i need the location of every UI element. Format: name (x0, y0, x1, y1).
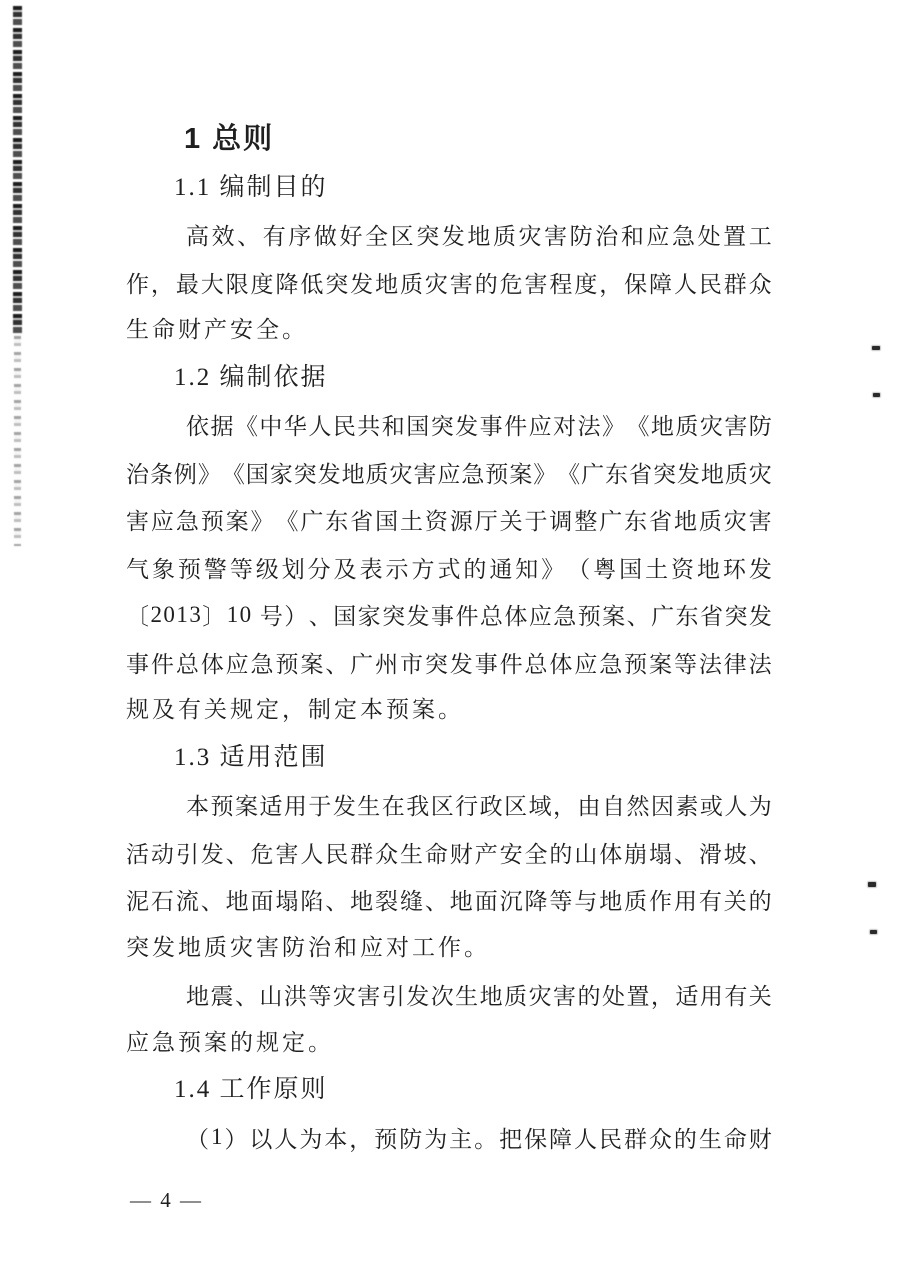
body-text-line: 泥石流、地面塌陷、地裂缝、地面沉降等与地质作用有关的 (126, 876, 772, 924)
body-text-line: 作，最大限度降低突发地质灾害的危害程度，保障人民群众 (126, 259, 772, 307)
body-text-line: 高效、有序做好全区突发地质灾害防治和应急处置工 (126, 211, 772, 259)
subsection-heading: 1.3 适用范围 (126, 734, 772, 782)
body-text-line: 突发地质灾害防治和应对工作。 (126, 924, 772, 972)
body-text-line: （1）以人为本，预防为主。把保障人民群众的生命财 (126, 1114, 772, 1162)
scan-speck (872, 346, 880, 350)
document-body: 1 总则1.1 编制目的高效、有序做好全区突发地质灾害防治和应急处置工作，最大限… (126, 116, 772, 1161)
page-footer: — 4 — (130, 1188, 203, 1213)
scan-speck (870, 930, 877, 934)
body-text-line: 生命财产安全。 (126, 306, 772, 354)
subsection-heading: 1.1 编制目的 (126, 164, 772, 212)
subsection-heading: 1.4 工作原则 (126, 1066, 772, 1114)
body-text-line: 依据《中华人民共和国突发事件应对法》《地质灾害防 (126, 401, 772, 449)
body-text-line: 应急预案的规定。 (126, 1019, 772, 1067)
body-text-line: 活动引发、危害人民群众生命财产安全的山体崩塌、滑坡、 (126, 829, 772, 877)
scan-speck (868, 882, 876, 887)
document-page: 1 总则1.1 编制目的高效、有序做好全区突发地质灾害防治和应急处置工作，最大限… (0, 0, 900, 1274)
body-text-line: 治条例》《国家突发地质灾害应急预案》《广东省突发地质灾 (126, 449, 772, 497)
body-text-line: 地震、山洪等灾害引发次生地质灾害的处置，适用有关 (126, 971, 772, 1019)
subsection-heading: 1.2 编制依据 (126, 354, 772, 402)
scan-speck (873, 393, 880, 397)
body-text-line: 事件总体应急预案、广州市突发事件总体应急预案等法律法 (126, 639, 772, 687)
body-text-line: 本预案适用于发生在我区行政区域，由自然因素或人为 (126, 781, 772, 829)
section-heading: 1 总则 (126, 116, 772, 164)
body-text-line: 害应急预案》《广东省国土资源厅关于调整广东省地质灾害 (126, 496, 772, 544)
page-number: — 4 — (130, 1188, 203, 1212)
body-text-line: 规及有关规定，制定本预案。 (126, 686, 772, 734)
body-text-line: 〔2013〕10 号）、国家突发事件总体应急预案、广东省突发 (126, 591, 772, 639)
scan-edge-artifact-bottom (14, 336, 21, 546)
scan-edge-artifact-top (13, 6, 22, 336)
body-text-line: 气象预警等级划分及表示方式的通知》（粤国土资地环发 (126, 544, 772, 592)
